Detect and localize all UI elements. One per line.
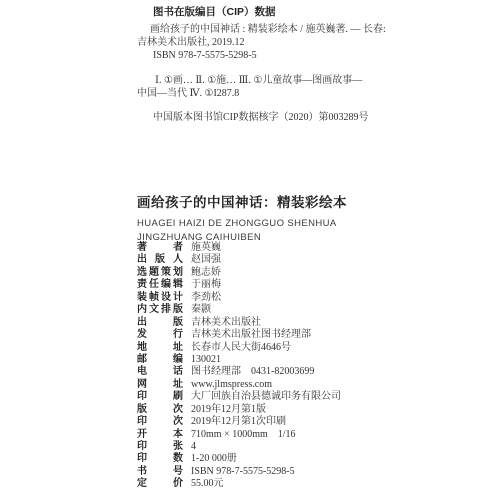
- colophon-label: 邮编: [137, 354, 183, 366]
- colophon-value: 长春市人民大街4646号: [191, 342, 291, 354]
- colophon-value: 2019年12月第1次印刷: [191, 416, 286, 428]
- cip-heading: 图书在版编目（CIP）数据: [153, 6, 377, 19]
- colophon-row: 印张 4: [137, 441, 341, 453]
- colophon-label: 印刷: [137, 391, 183, 403]
- colophon-label: 地址: [137, 342, 183, 354]
- colophon-label: 著者: [137, 242, 183, 254]
- colophon-label: 定价: [137, 478, 183, 490]
- colophon-value: 2019年12月第1版: [191, 404, 266, 416]
- colophon-row: 电话 图书经理部 0431-82003699: [137, 366, 341, 378]
- colophon-label: 选题策划: [137, 267, 183, 279]
- colophon-row: 印数 1-20 000册: [137, 453, 341, 465]
- colophon-label: 出版: [137, 317, 183, 329]
- colophon-label: 印张: [137, 441, 183, 453]
- colophon-row: 内文排版 秦颢: [137, 304, 341, 316]
- cip-line-title: 画给孩子的中国神话 : 精装彩绘本 / 施英巍著. — 长春:: [150, 23, 377, 36]
- colophon-row: 网址 www.jlmspress.com: [137, 379, 341, 391]
- colophon-row: 著者 施英巍: [137, 242, 341, 254]
- colophon-value: 吉林美术出版社图书经理部: [191, 329, 311, 341]
- colophon-value: www.jlmspress.com: [191, 379, 272, 391]
- colophon-row: 邮编 130021: [137, 354, 341, 366]
- colophon-label: 书号: [137, 466, 183, 478]
- colophon-value: 1-20 000册: [191, 453, 237, 465]
- colophon-value: 秦颢: [191, 304, 211, 316]
- colophon-value: 赵国强: [191, 254, 221, 266]
- colophon-value: 于丽梅: [191, 279, 221, 291]
- cip-block: 图书在版编目（CIP）数据 画给孩子的中国神话 : 精装彩绘本 / 施英巍著. …: [137, 6, 377, 124]
- colophon-label: 出版人: [137, 254, 183, 266]
- colophon-label: 印数: [137, 453, 183, 465]
- colophon-label: 版次: [137, 404, 183, 416]
- colophon-label: 印次: [137, 416, 183, 428]
- colophon-row: 地址 长春市人民大街4646号: [137, 342, 341, 354]
- colophon-value: 图书经理部 0431-82003699: [191, 366, 314, 378]
- colophon-label: 责任编辑: [137, 279, 183, 291]
- colophon-row: 出版人 赵国强: [137, 254, 341, 266]
- colophon-value: 吉林美术出版社: [191, 317, 261, 329]
- colophon-label: 发行: [137, 329, 183, 341]
- cip-line-classification-2: 中国—当代 Ⅳ. ①I287.8: [137, 87, 377, 100]
- book-title: 画给孩子的中国神话：精装彩绘本: [137, 191, 347, 211]
- colophon-row: 出版 吉林美术出版社: [137, 317, 341, 329]
- colophon-label: 开本: [137, 429, 183, 441]
- colophon-value: 鲍志娇: [191, 267, 221, 279]
- colophon-value: 李劲松: [191, 292, 221, 304]
- colophon-row: 装帧设计 李劲松: [137, 292, 341, 304]
- colophon-row: 印次 2019年12月第1次印刷: [137, 416, 341, 428]
- colophon-row: 选题策划 鲍志娇: [137, 267, 341, 279]
- colophon-value: 大厂回族自治县德诚印务有限公司: [191, 391, 341, 403]
- cip-line-record-number: 中国版本图书馆CIP数据核字（2020）第003289号: [153, 111, 377, 124]
- colophon-row: 版次 2019年12月第1版: [137, 404, 341, 416]
- colophon-label: 网址: [137, 379, 183, 391]
- colophon-value: 55.00元: [191, 478, 224, 490]
- colophon-label: 装帧设计: [137, 292, 183, 304]
- colophon-row: 书号 ISBN 978-7-5575-5298-5: [137, 466, 341, 478]
- cip-line-isbn: ISBN 978-7-5575-5298-5: [153, 49, 377, 62]
- title-block: 画给孩子的中国神话：精装彩绘本 HUAGEI HAIZI DE ZHONGGUO…: [137, 191, 347, 245]
- colophon-value: ISBN 978-7-5575-5298-5: [191, 466, 295, 478]
- cip-line-classification-1: Ⅰ. ①画… Ⅱ. ①施… Ⅲ. ①儿童故事—图画故事—: [155, 74, 377, 87]
- colophon-list: 著者 施英巍 出版人 赵国强 选题策划 鲍志娇 责任编辑 于丽梅 装帧设计 李劲…: [137, 242, 341, 491]
- book-copyright-page: 图书在版编目（CIP）数据 画给孩子的中国神话 : 精装彩绘本 / 施英巍著. …: [0, 0, 500, 500]
- colophon-row: 印刷 大厂回族自治县德诚印务有限公司: [137, 391, 341, 403]
- colophon-value: 710mm × 1000mm 1/16: [191, 429, 296, 441]
- colophon-row: 开本 710mm × 1000mm 1/16: [137, 429, 341, 441]
- colophon-value: 4: [191, 441, 196, 453]
- colophon-value: 施英巍: [191, 242, 221, 254]
- colophon-row: 责任编辑 于丽梅: [137, 279, 341, 291]
- book-title-pinyin-line-1: HUAGEI HAIZI DE ZHONGGUO SHENHUA: [137, 217, 347, 231]
- colophon-label: 内文排版: [137, 304, 183, 316]
- colophon-row: 定价 55.00元: [137, 478, 341, 490]
- cip-line-publisher: 吉林美术出版社, 2019.12: [137, 36, 377, 49]
- colophon-value: 130021: [191, 354, 221, 366]
- colophon-label: 电话: [137, 366, 183, 378]
- colophon-row: 发行 吉林美术出版社图书经理部: [137, 329, 341, 341]
